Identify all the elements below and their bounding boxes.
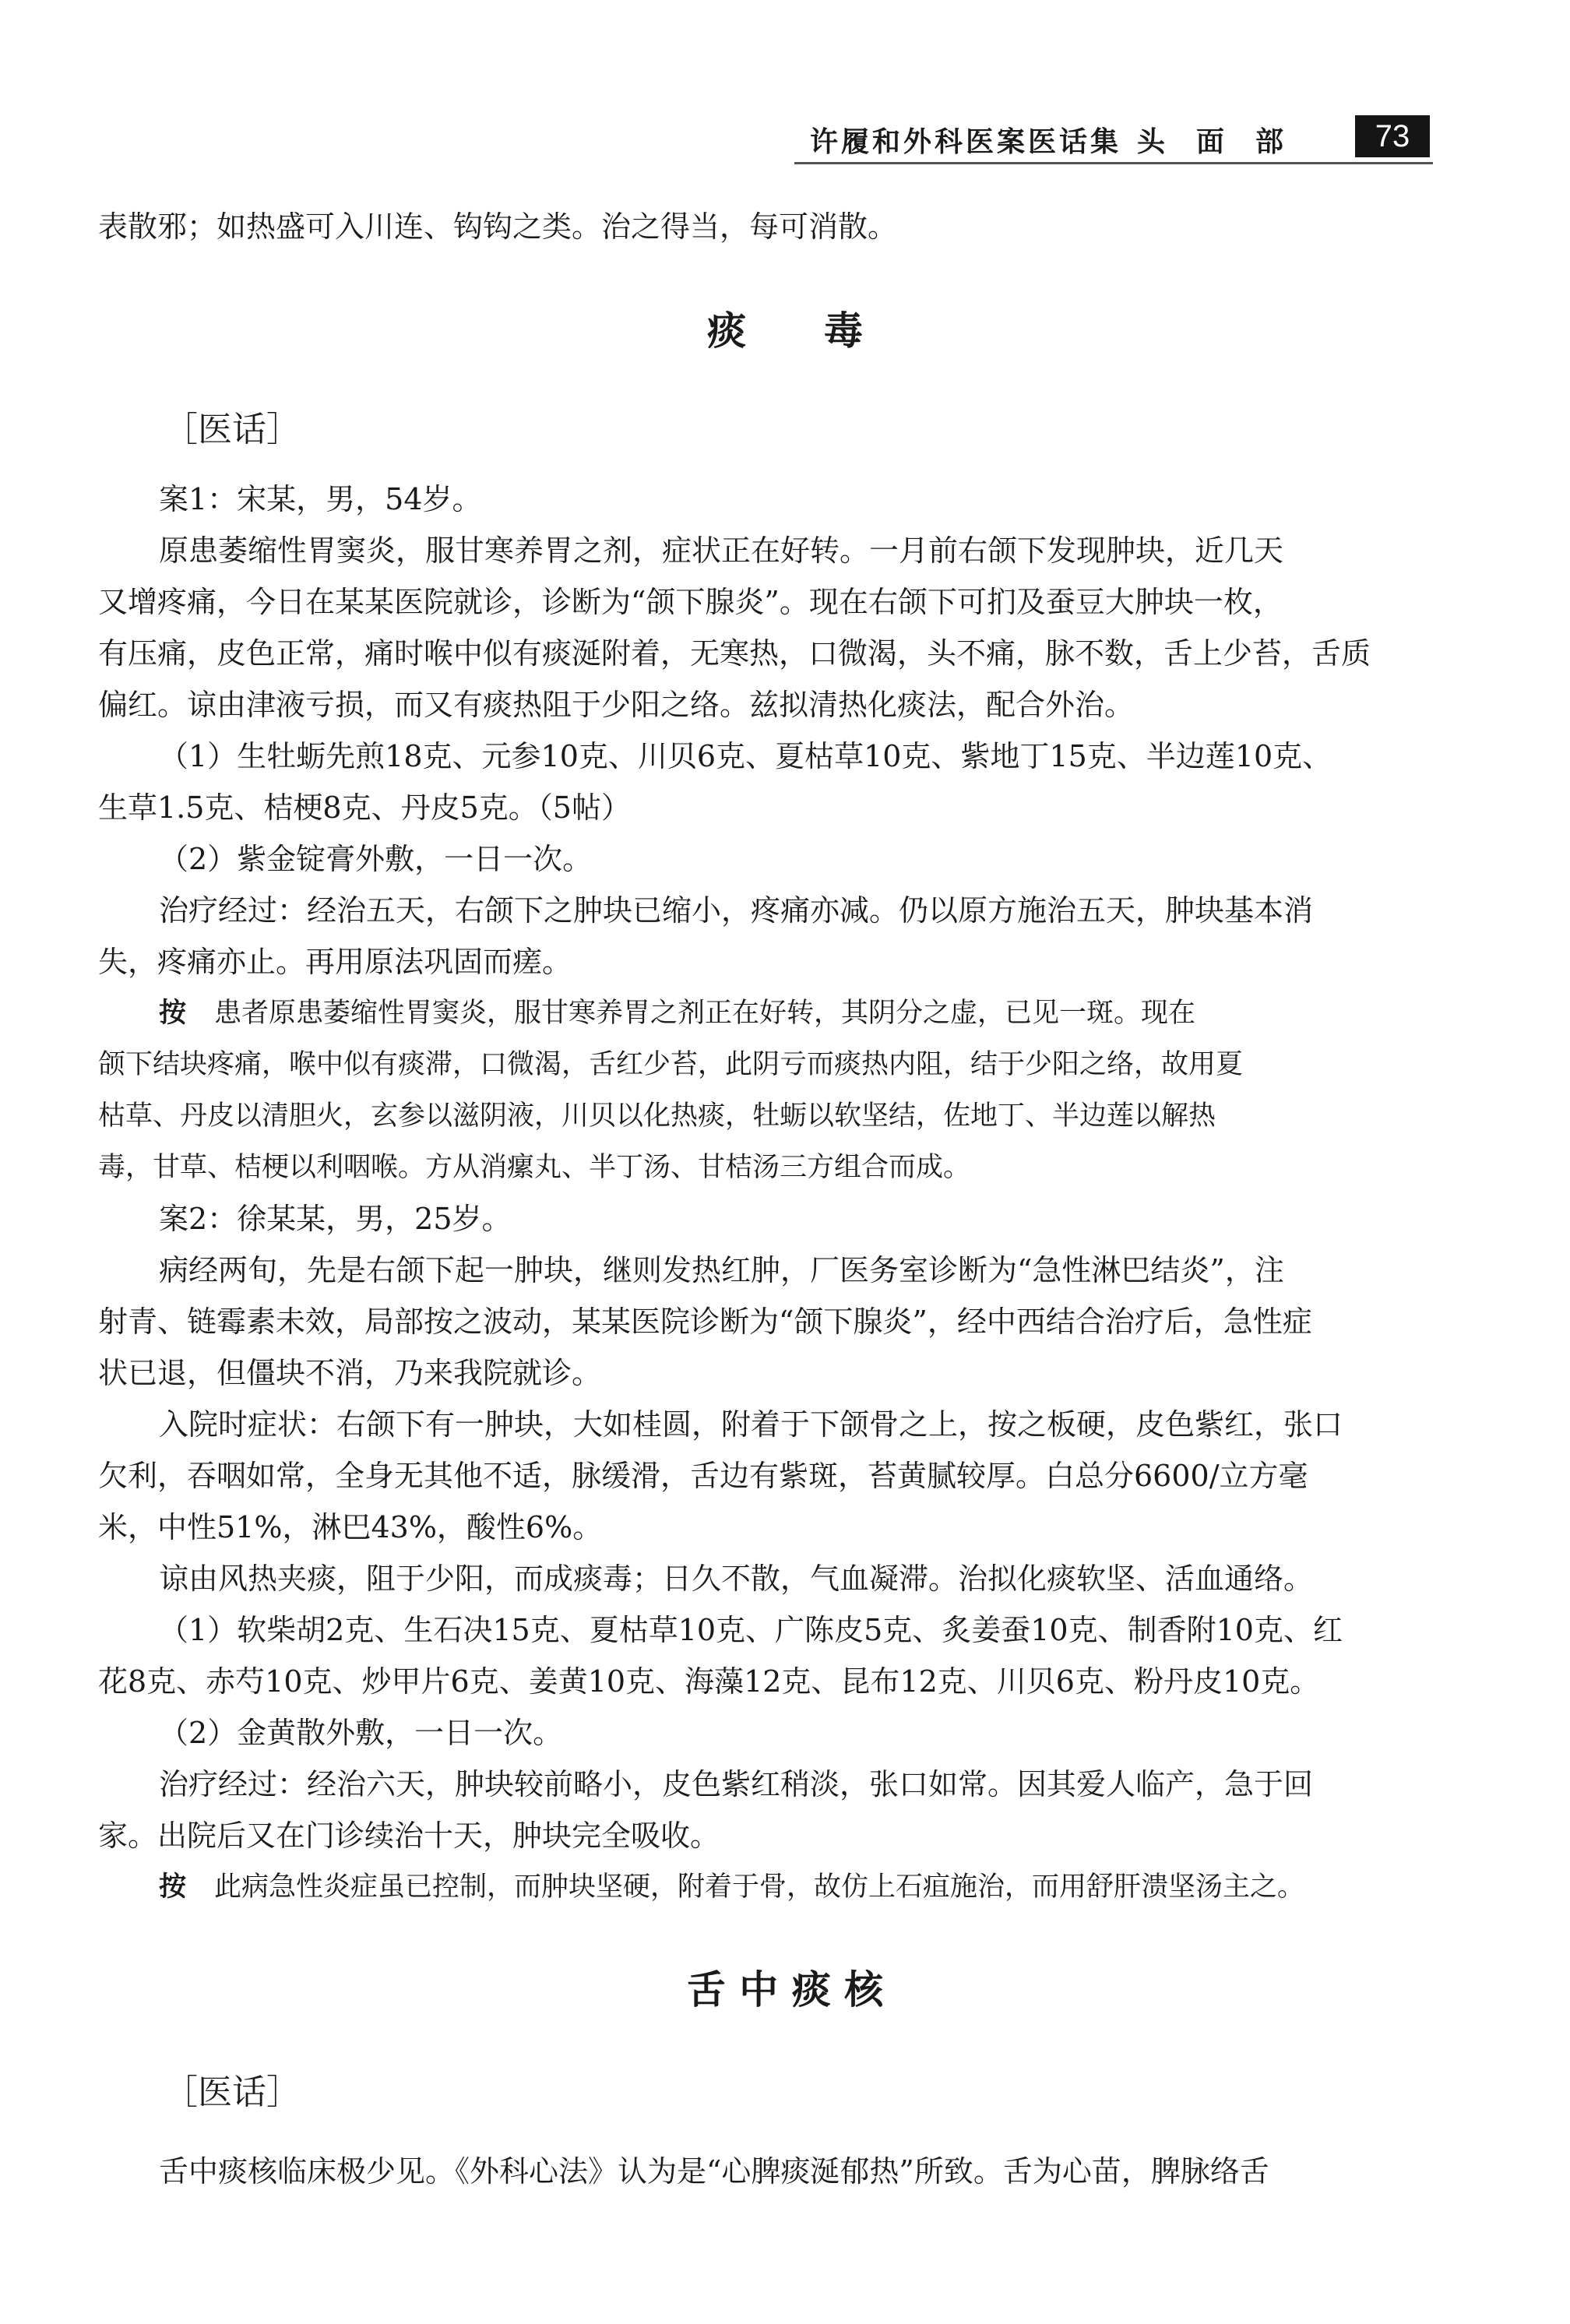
carryover-line: 表散邪；如热盛可入川连、钩钩之类。治之得当，每可消散。 — [98, 201, 1438, 252]
prescription-line: 生草1.5克、桔梗8克、丹皮5克。（5帖） — [98, 782, 1438, 833]
treatment-line: 治疗经过：经治六天，肿块较前略小，皮色紫红稍淡，张口如常。因其爱人临产，急于回 — [98, 1759, 1438, 1810]
case1-line: 又增疼痛，今日在某某医院就诊，诊断为“颌下腺炎”。现在右颌下可扪及蚕豆大肿块一枚… — [98, 576, 1438, 628]
yihua-tag: ［医话］ — [164, 401, 301, 451]
body-line: 舌中痰核临床极少见。《外科心法》认为是“心脾痰涎郁热”所致。舌为心苗，脾脉络舌 — [98, 2146, 1438, 2197]
book-title: 许履和外科医案医话集 — [810, 120, 1121, 160]
commentary-key: 按 — [159, 998, 186, 1029]
page-number-badge: 73 — [1355, 115, 1430, 157]
header-rule — [794, 162, 1433, 164]
section-title-shezhong-tanhe: 舌 中 痰 核 — [0, 1959, 1570, 2015]
case1-line: 有压痛，皮色正常，痛时喉中似有痰涎附着，无寒热，口微渴，头不痛，脉不数，舌上少苔… — [98, 628, 1438, 679]
case2-line: 病经两旬，先是右颌下起一肿块，继则发热红肿，厂医务室诊断为“急性淋巴结炎”，注 — [98, 1245, 1438, 1296]
carryover-paragraph: 表散邪；如热盛可入川连、钩钩之类。治之得当，每可消散。 — [98, 201, 1438, 252]
prescription-line: 花8克、赤芍10克、炒甲片6克、姜黄10克、海藻12克、昆布12克、川贝6克、粉… — [98, 1656, 1438, 1707]
section2-paragraph: 舌中痰核临床极少见。《外科心法》认为是“心脾痰涎郁热”所致。舌为心苗，脾脉络舌 — [98, 2146, 1438, 2197]
section-name: 头面部 — [1137, 120, 1315, 160]
case2-line: 欠利，吞咽如常，全身无其他不适，脉缓滑，舌边有紫斑，苔黄腻较厚。白总分6600/… — [98, 1450, 1438, 1502]
case2-line: 入院时症状：右颌下有一肿块，大如桂圆，附着于下颌骨之上，按之板硬，皮色紫红，张口 — [98, 1399, 1438, 1450]
case2-heading: 案2：徐某某，男，25岁。 — [98, 1193, 1438, 1245]
treatment-line: 家。出院后又在门诊续治十天，肿块完全吸收。 — [98, 1810, 1438, 1861]
running-header: 许履和外科医案医话集 头面部 73 — [810, 115, 1433, 159]
commentary-line: 按患者原患萎缩性胃窦炎，服甘寒养胃之剂正在好转，其阴分之虚，已见一斑。现在 — [98, 988, 1438, 1039]
case2-line: 射青、链霉素未效，局部按之波动，某某医院诊断为“颌下腺炎”，经中西结合治疗后，急… — [98, 1296, 1438, 1347]
case2-line: 状已退，但僵块不消，乃来我院就诊。 — [98, 1347, 1438, 1399]
case1-line: 偏红。谅由津液亏损，而又有痰热阻于少阳之络。兹拟清热化痰法，配合外治。 — [98, 679, 1438, 731]
case1-block: 案1：宋某，男，54岁。 原患萎缩性胃窦炎，服甘寒养胃之剂，症状正在好转。一月前… — [98, 474, 1438, 1913]
case1-heading: 案1：宋某，男，54岁。 — [98, 474, 1438, 525]
section-title-tandu: 痰 毒 — [0, 300, 1570, 356]
treatment-line: 治疗经过：经治五天，右颌下之肿块已缩小，疼痛亦减。仍以原方施治五天，肿块基本消 — [98, 885, 1438, 936]
prescription-line: （2）紫金锭膏外敷，一日一次。 — [98, 833, 1438, 885]
case1-line: 原患萎缩性胃窦炎，服甘寒养胃之剂，症状正在好转。一月前右颌下发现肿块，近几天 — [98, 525, 1438, 576]
commentary-line: 枯草、丹皮以清胆火，玄参以滋阴液，川贝以化热痰，牡蛎以软坚结，佐地丁、半边莲以解… — [98, 1090, 1438, 1142]
case2-line: 谅由风热夹痰，阻于少阳，而成痰毒；日久不散，气血凝滞。治拟化痰软坚、活血通络。 — [98, 1553, 1438, 1604]
prescription-line: （2）金黄散外敷，一日一次。 — [98, 1707, 1438, 1759]
prescription-line: （1）软柴胡2克、生石决15克、夏枯草10克、广陈皮5克、炙姜蚕10克、制香附1… — [98, 1604, 1438, 1656]
commentary-line: 毒，甘草、桔梗以利咽喉。方从消瘰丸、半丁汤、甘桔汤三方组合而成。 — [98, 1142, 1438, 1193]
commentary-line: 按此病急性炎症虽已控制，而肿块坚硬，附着于骨，故仿上石疽施治，而用舒肝溃坚汤主之… — [98, 1861, 1438, 1913]
commentary-line: 颌下结块疼痛，喉中似有痰滞，口微渴，舌红少苔，此阴亏而痰热内阻，结于少阳之络，故… — [98, 1039, 1438, 1090]
yihua-tag: ［医话］ — [164, 2064, 301, 2114]
commentary-key: 按 — [159, 1872, 186, 1903]
prescription-line: （1）生牡蛎先煎18克、元参10克、川贝6克、夏枯草10克、紫地丁15克、半边莲… — [98, 731, 1438, 782]
treatment-line: 失，疼痛亦止。再用原法巩固而瘥。 — [98, 936, 1438, 988]
case2-line: 米，中性51%，淋巴43%，酸性6%。 — [98, 1502, 1438, 1553]
